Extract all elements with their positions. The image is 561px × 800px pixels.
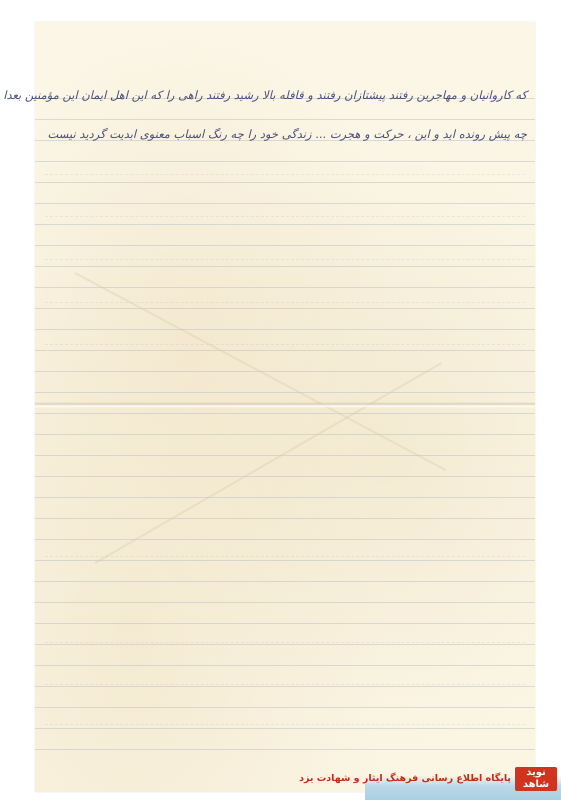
show-through-text [45,162,525,175]
watermark-caption: پایگاه اطلاع رسانی فرهنگ ایثار و شهادت ی… [299,773,511,784]
show-through-text [45,204,525,217]
navid-shahed-logo: نوید شاهد [515,767,557,791]
watermark-banner: نوید شاهد پایگاه اطلاع رسانی فرهنگ ایثار… [365,765,561,800]
ruled-lines [35,78,535,752]
show-through-text [45,247,525,260]
show-through-text [45,630,525,643]
show-through-text [45,290,525,303]
show-through-text [45,332,525,345]
show-through-text [45,672,525,685]
horizontal-fold [35,402,535,408]
handwritten-line-1: که کاروانیان و مهاجرین رفتند پیشتازان رف… [43,88,527,102]
show-through-text [45,544,525,557]
show-through-text [45,712,525,725]
handwritten-line-2: چه پیش رونده اید و این ، حرکت و هجرت ...… [143,127,527,141]
letter-page: که کاروانیان و مهاجرین رفتند پیشتازان رف… [35,22,535,792]
